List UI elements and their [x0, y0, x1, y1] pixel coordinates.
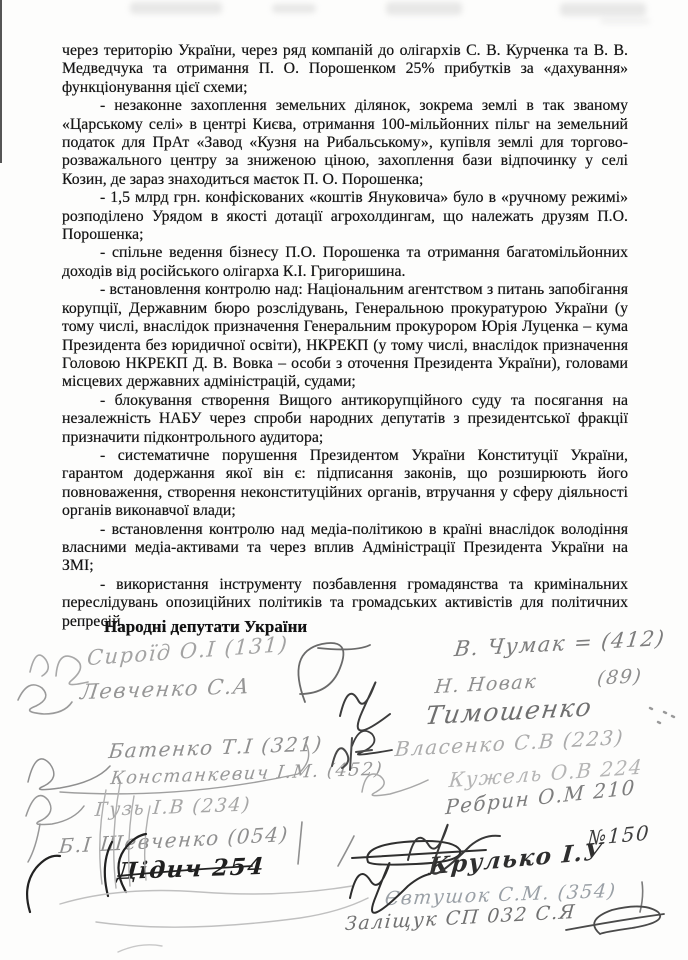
body-paragraph: - встановлення контролю над: Національни…: [62, 281, 628, 391]
signature-stroke: [640, 882, 643, 912]
body-paragraph: - 1,5 млрд грн. конфіскованих «коштів Ян…: [62, 189, 628, 244]
signature-chumak: В. Чумак = (412): [453, 626, 667, 661]
signature-stroke: [352, 731, 392, 755]
body-paragraph: - блокування створення Вищого антикорупц…: [62, 392, 628, 447]
signature-huz: Гузь І.В (234): [94, 794, 252, 822]
scan-smudge: [386, 2, 462, 15]
signature-stroke: [18, 685, 72, 714]
body-paragraph: - систематичне порушення Президентом Укр…: [62, 447, 628, 521]
signature-konstankevych: Констанкевич І.М. (452): [109, 758, 384, 789]
body-paragraph: - спільне ведення бізнесу П.О. Порошенка…: [62, 244, 628, 281]
signature-levchenko: Левченко С.А: [79, 674, 252, 704]
signature-didych: Дідич 254: [116, 853, 266, 885]
document-body: через територію України, через ряд компа…: [62, 42, 628, 631]
signature-tymoshenko: Тимошенко: [423, 692, 594, 730]
body-paragraph: через територію України, через ряд компа…: [62, 42, 628, 97]
signature-stroke: [298, 643, 370, 702]
scan-smudge: [560, 3, 646, 16]
signature-vlasenko: Власенко С.В (223): [394, 725, 625, 761]
signature-stroke: [118, 945, 162, 952]
scanned-document-page: через територію України, через ряд компа…: [0, 0, 688, 960]
signature-stroke: [28, 759, 110, 790]
signature-stroke: [566, 906, 664, 934]
scan-smudge: [600, 18, 650, 24]
signature-stroke: [298, 822, 354, 866]
signature-krulko: Крулько І.У: [428, 838, 605, 881]
signature-novak: Н. Новак (89): [434, 665, 644, 698]
body-paragraph: - незаконне захоплення земельних ділянок…: [62, 97, 628, 189]
scan-smudge: [130, 2, 222, 14]
signature-batenko: Батенко Т.І (321): [107, 732, 324, 764]
signature-stroke: [60, 886, 368, 927]
signature-stroke: [650, 708, 674, 723]
signature-stroke: [30, 655, 88, 684]
signature-syroid: Сироїд О.І (131): [86, 632, 289, 670]
scan-smudge: [272, 4, 316, 13]
scan-edge-artifact: [0, 0, 2, 163]
signature-zalishchuk: Заліщук СП 032 С.Я: [344, 901, 577, 935]
signature-stroke: [340, 682, 390, 730]
body-paragraph: - встановлення контролю над медіа-політи…: [62, 521, 628, 576]
